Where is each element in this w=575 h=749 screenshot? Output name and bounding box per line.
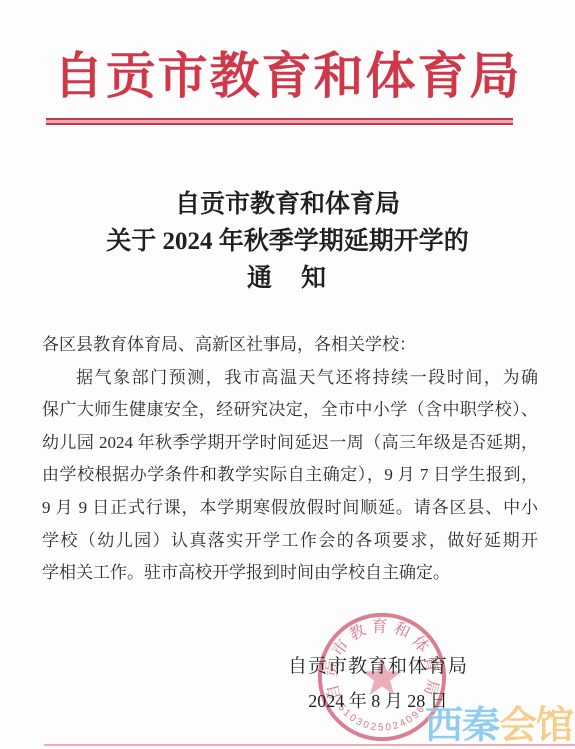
document-title: 自贡市教育和体育局 关于 2024 年秋季学期延期开学的 通 知 [0,186,575,297]
title-line-3: 通 知 [0,260,575,297]
body-line-last: 学相关工作。驻市高校开学报到时间由学校自主确定。 [42,557,538,590]
letterhead-divider-rule [46,118,513,125]
body-line: 据气象部门预测，我市高温天气还将持续一段时间，为确 [42,362,538,395]
body-line: 9 月 9 日正式行课，本学期寒假放假时间顺延。请各区县、中小 [42,492,538,525]
site-watermark: 西秦会馆 [425,694,573,749]
watermark-text-orange: 会馆 [499,705,573,747]
salutation-line: 各区县教育体育局、高新区社事局，各相关学校： [42,329,538,362]
signature-org-name: 自贡市教育和体育局 [258,651,498,678]
title-line-2: 关于 2024 年秋季学期延期开学的 [0,223,575,260]
body-line: 由学校根据办学条件和教学实际自主确定），9 月 7 日学生报到， [42,459,538,492]
letterhead-org-name: 自贡市教育和体育局 [0,36,575,108]
body-line: 保广大师生健康安全，经研究决定，全市中小学（含中职学校）、 [42,394,538,427]
body-line: 学校（幼儿园）认真落实开学工作会的各项要求，做好延期开 [42,525,538,558]
body-line: 幼儿园 2024 年秋季学期开学时间延迟一周（高三年级是否延期， [42,427,538,460]
watermark-text-blue: 西秦 [425,705,499,747]
notice-body: 各区县教育体育局、高新区社事局，各相关学校： 据气象部门预测，我市高温天气还将持… [42,329,538,590]
title-line-1: 自贡市教育和体育局 [0,186,575,223]
official-notice-document: 自贡市教育和体育局 自贡市教育和体育局 关于 2024 年秋季学期延期开学的 通… [0,0,575,749]
